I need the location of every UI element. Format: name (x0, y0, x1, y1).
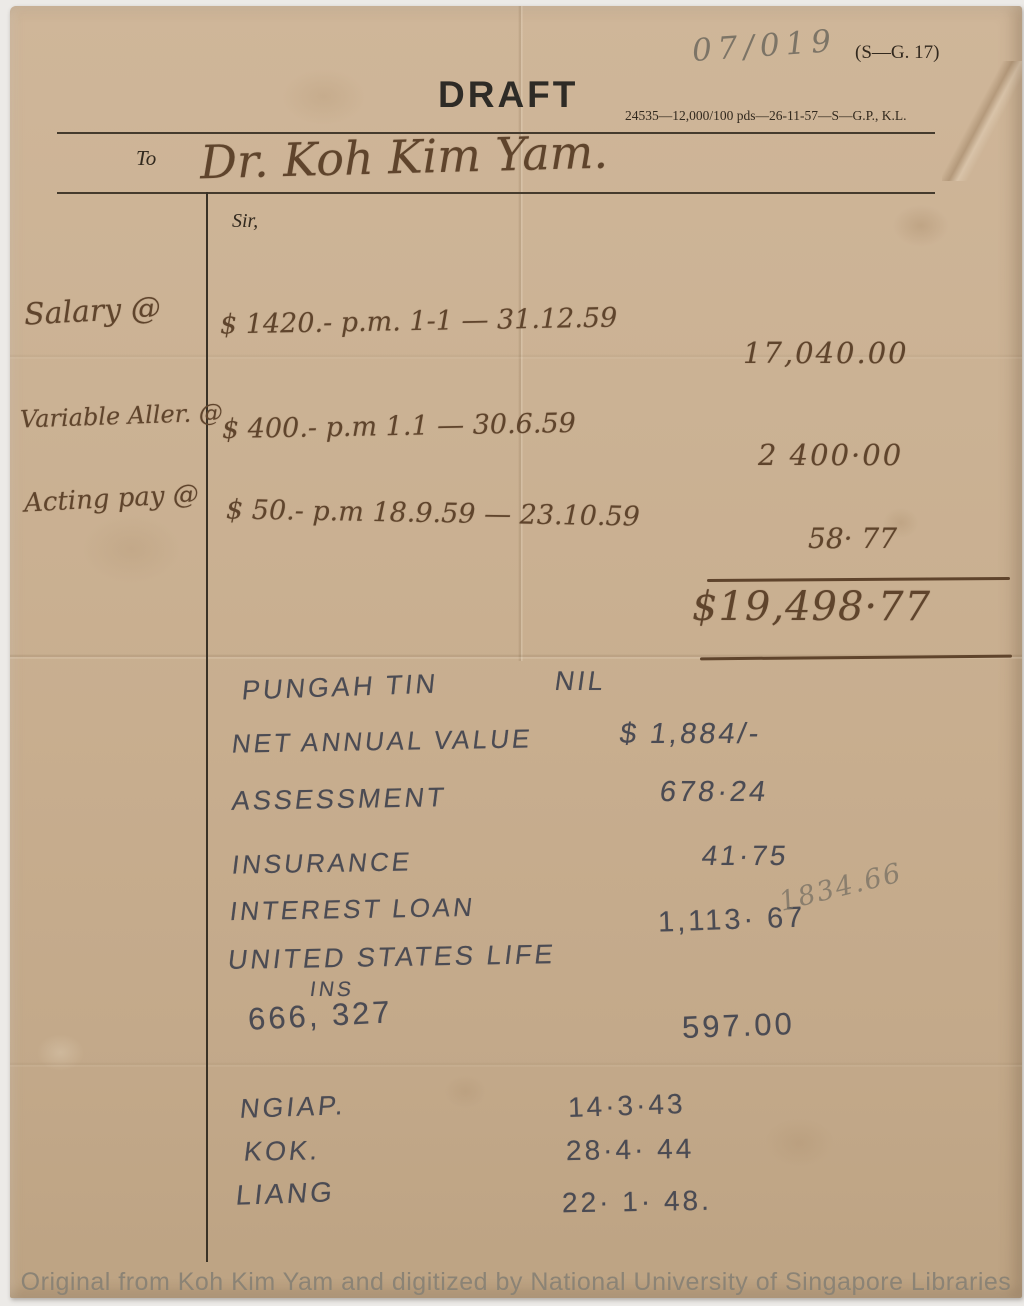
addressee-handwritten: Dr. Koh Kim Yam. (199, 125, 608, 190)
date-row-date: 14·3·43 (567, 1088, 686, 1124)
us-life-policy-number: 666, 327 (247, 994, 393, 1038)
paper-sheet: 07/019 (S—G. 17) DRAFT 24535—12,000/100 … (10, 6, 1022, 1298)
header-rule-bottom (57, 192, 935, 194)
document-title: DRAFT (438, 74, 578, 116)
salary-row-amount: 58· 77 (808, 522, 897, 555)
us-life-label: UNITED STATES LIFE (226, 939, 557, 976)
salary-row-item: Salary @ (23, 290, 161, 332)
property-row-label: PUNGAH TIN (240, 669, 439, 707)
pencil-file-reference: 07/019 (691, 23, 838, 69)
salary-row-details: $ 400.- p.m 1.1 — 30.6.59 (222, 408, 576, 445)
form-code: (S—G. 17) (855, 42, 939, 64)
property-row-label: INTEREST LOAN (228, 892, 477, 927)
total-rule-top (707, 577, 1010, 582)
date-row-date: 28·4· 44 (566, 1133, 695, 1167)
property-row-label: INSURANCE (230, 846, 414, 880)
corner-fold-mark (942, 61, 1022, 181)
print-reference-line: 24535—12,000/100 pds—26-11-57—S—G.P., K.… (625, 108, 907, 124)
total-amount: $19,498·77 (692, 584, 931, 630)
salutation: Sir, (232, 210, 258, 233)
pencil-correction-note: 1834.66 (776, 857, 905, 917)
date-row-name: KOK. (242, 1135, 322, 1167)
date-row-name: LIANG (234, 1176, 336, 1212)
salary-row-amount: 17,040.00 (743, 336, 909, 370)
salary-row-item: Acting pay @ (23, 479, 199, 518)
salary-row-details: $ 1420.- p.m. 1-1 — 31.12.59 (220, 303, 618, 341)
to-label: To (136, 146, 156, 171)
property-row-value: $ 1,884/- (618, 718, 764, 751)
property-row-label: ASSESSMENT (230, 782, 448, 817)
property-row-label: NET ANNUAL VALUE (230, 723, 534, 759)
digitization-watermark: Original from Koh Kim Yam and digitized … (10, 1268, 1022, 1297)
date-row-date: 22· 1· 48. (562, 1185, 712, 1220)
salary-row-details: $ 50.- p.m 18.9.59 — 23.10.59 (226, 494, 640, 532)
date-row-name: NGIAP. (238, 1090, 347, 1125)
salary-row-item: Variable Aller. @ (20, 398, 224, 433)
scanned-document-page: 07/019 (S—G. 17) DRAFT 24535—12,000/100 … (0, 0, 1024, 1306)
property-row-value: 678·24 (658, 776, 771, 809)
horizontal-fold-crease-lower (10, 1062, 1022, 1067)
property-row-value: 41·75 (700, 840, 791, 872)
paper-stains (10, 6, 1022, 1298)
margin-vertical-rule (206, 192, 208, 1262)
salary-row-amount: 2 400·00 (758, 438, 903, 472)
property-row-value: NIL (553, 666, 608, 697)
us-life-value: 597.00 (681, 1006, 795, 1046)
